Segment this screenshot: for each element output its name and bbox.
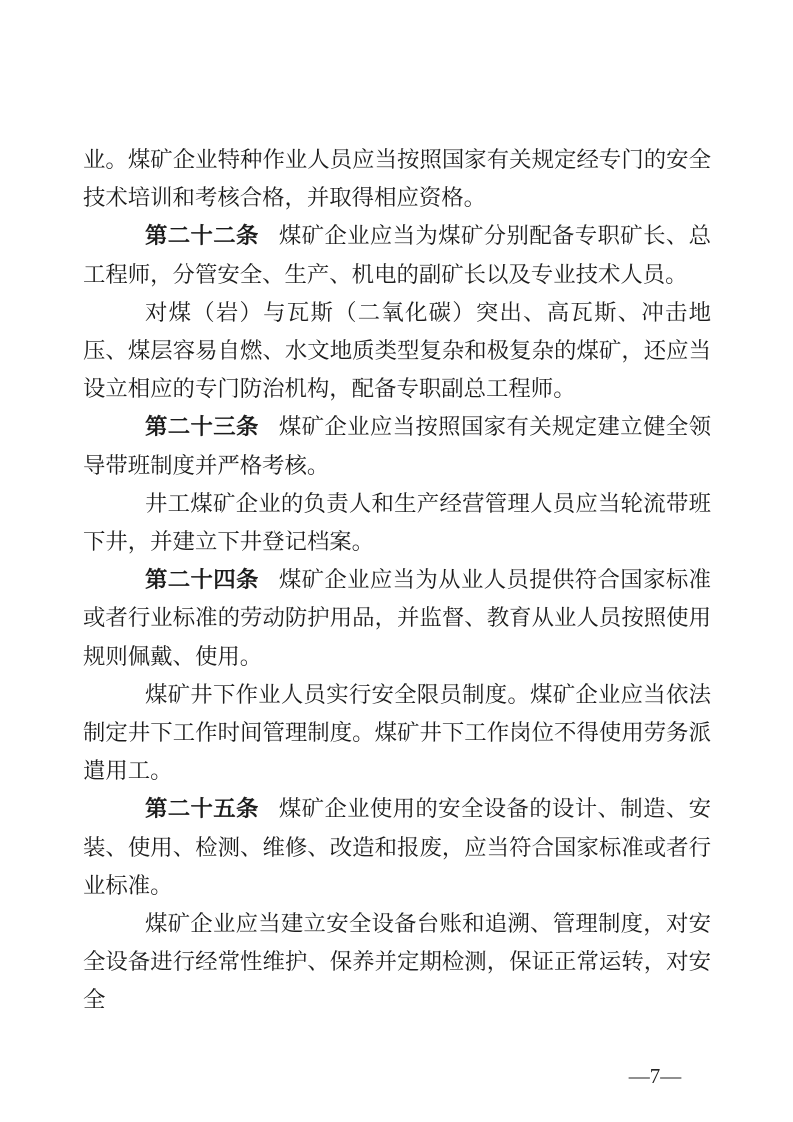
paragraph: 井工煤矿企业的负责人和生产经营管理人员应当轮流带班下井，并建立下井登记档案。 <box>83 485 711 561</box>
page-number: —7— <box>610 1064 700 1089</box>
paragraph: 第二十四条煤矿企业应当为从业人员提供符合国家标准或者行业标准的劳动防护用品，并监… <box>83 561 711 676</box>
paragraph: 第二十二条煤矿企业应当为煤矿分别配备专职矿长、总工程师，分管安全、生产、机电的副… <box>83 217 711 293</box>
article-number: 第二十五条 <box>145 796 259 821</box>
article-number: 第二十二条 <box>145 223 259 248</box>
paragraph-text: 井工煤矿企业的负责人和生产经营管理人员应当轮流带班下井，并建立下井登记档案。 <box>83 491 711 554</box>
paragraph-text: 业。煤矿企业特种作业人员应当按照国家有关规定经专门的安全技术培训和考核合格，并取… <box>83 147 711 210</box>
paragraph: 对煤（岩）与瓦斯（二氧化碳）突出、高瓦斯、冲击地压、煤层容易自燃、水文地质类型复… <box>83 294 711 409</box>
article-number: 第二十四条 <box>145 567 259 592</box>
document-page: 业。煤矿企业特种作业人员应当按照国家有关规定经专门的安全技术培训和考核合格，并取… <box>0 0 793 1122</box>
article-number: 第二十三条 <box>145 414 259 439</box>
paragraph-text: 煤矿井下作业人员实行安全限员制度。煤矿企业应当依法制定井下工作时间管理制度。煤矿… <box>83 682 711 783</box>
paragraph: 第二十三条煤矿企业应当按照国家有关规定建立健全领导带班制度并严格考核。 <box>83 408 711 484</box>
paragraph: 第二十五条煤矿企业使用的安全设备的设计、制造、安装、使用、检测、维修、改造和报废… <box>83 790 711 905</box>
paragraph: 煤矿井下作业人员实行安全限员制度。煤矿企业应当依法制定井下工作时间管理制度。煤矿… <box>83 676 711 791</box>
paragraph-text: 对煤（岩）与瓦斯（二氧化碳）突出、高瓦斯、冲击地压、煤层容易自燃、水文地质类型复… <box>83 300 711 401</box>
paragraph: 煤矿企业应当建立安全设备台账和追溯、管理制度，对安全设备进行经常性维护、保养并定… <box>83 905 711 1020</box>
document-body: 业。煤矿企业特种作业人员应当按照国家有关规定经专门的安全技术培训和考核合格，并取… <box>83 141 711 1020</box>
paragraph: 业。煤矿企业特种作业人员应当按照国家有关规定经专门的安全技术培训和考核合格，并取… <box>83 141 711 217</box>
paragraph-text: 煤矿企业应当建立安全设备台账和追溯、管理制度，对安全设备进行经常性维护、保养并定… <box>83 911 711 1012</box>
